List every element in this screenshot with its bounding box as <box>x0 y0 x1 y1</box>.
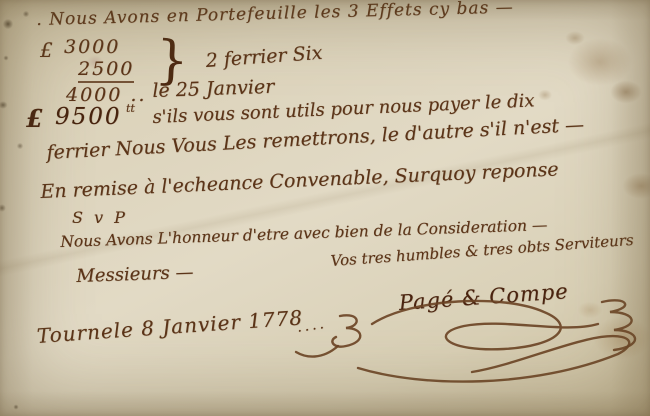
paraph-dots: .... <box>296 316 328 336</box>
signature: Pagé & Compe <box>398 279 569 315</box>
manuscript-line-body-3: En remise à l'echeance Convenable, Surqu… <box>40 158 559 203</box>
amount-3-note: le 25 Janvier <box>152 76 275 102</box>
salutation: Messieurs — <box>76 262 194 287</box>
manuscript-line-body-2: ferrier Nous Vous Les remettrons, le d'a… <box>46 114 585 164</box>
total-currency: £ <box>26 104 43 133</box>
manuscript-page: . Nous Avons en Portefeuille les 3 Effet… <box>0 0 650 416</box>
amount-2-value: 2500 <box>78 58 134 83</box>
manuscript-line-opening: . Nous Avons en Portefeuille les 3 Effet… <box>36 0 514 30</box>
total-amount: 9500 <box>55 104 122 130</box>
manuscript-line-svp: S v P <box>72 208 128 227</box>
amount-1-currency: £ <box>40 38 53 62</box>
amount-1-value: 3000 <box>64 36 120 58</box>
dateline: Tournele 8 Janvier 1778 <box>36 305 304 348</box>
total-amount-mark: tt <box>126 102 135 115</box>
amount-group-note: 2 ferrier Six <box>205 42 323 72</box>
signature-flourish <box>352 292 644 404</box>
